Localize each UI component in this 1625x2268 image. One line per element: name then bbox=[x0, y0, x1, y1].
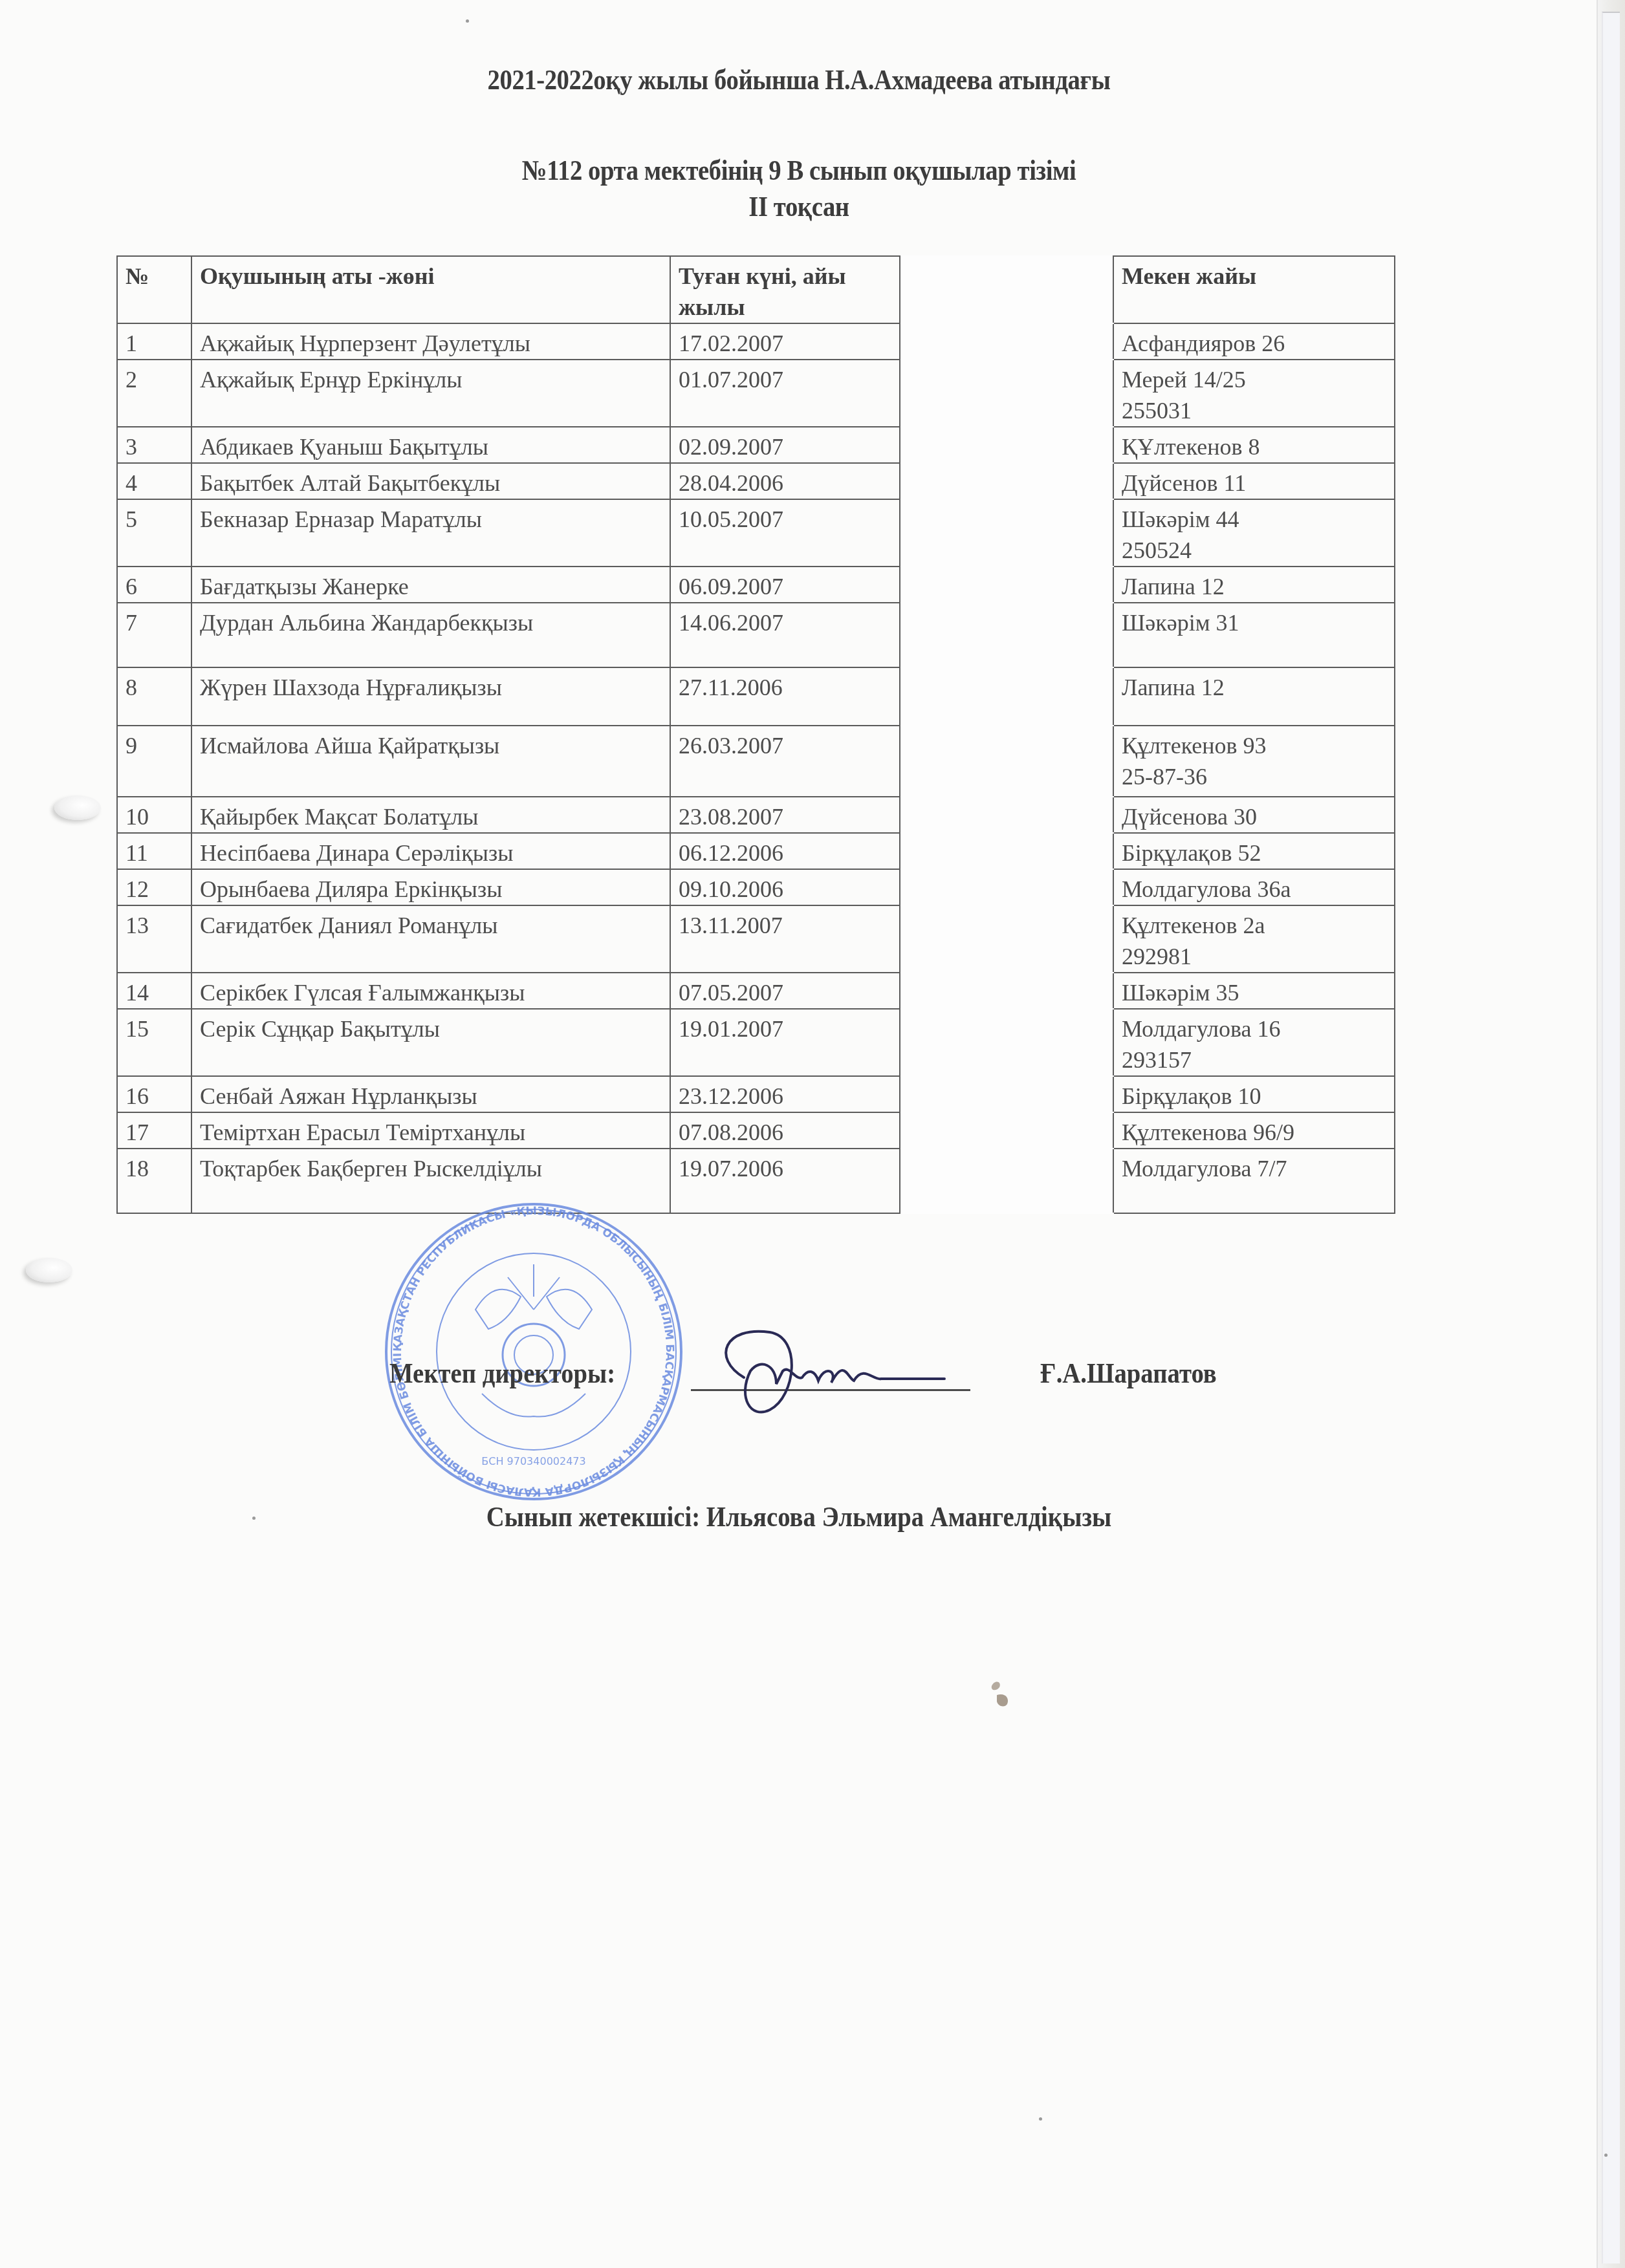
student-name: Қайырбек Мақсат Болатұлы bbox=[191, 797, 670, 833]
row-number: 14 bbox=[117, 973, 191, 1009]
signature-icon bbox=[699, 1319, 970, 1429]
row-number: 11 bbox=[117, 833, 191, 869]
table-row: 3Абдикаев Қуаныш Бақытұлы02.09.2007ҚҰлте… bbox=[117, 427, 1395, 463]
birth-date: 13.11.2007 bbox=[670, 905, 900, 973]
address-line: Құлтекенов 93 bbox=[1122, 730, 1388, 761]
student-name: Теміртхан Ерасыл Теміртханұлы bbox=[191, 1112, 670, 1149]
birth-date: 28.04.2006 bbox=[670, 463, 900, 499]
address-line: Шәкәрім 44 bbox=[1122, 504, 1388, 535]
table-row: 17Теміртхан Ерасыл Теміртханұлы07.08.200… bbox=[117, 1112, 1395, 1149]
address-line: Шәкәрім 35 bbox=[1122, 977, 1388, 1008]
birth-date: 26.03.2007 bbox=[670, 726, 900, 797]
row-number: 12 bbox=[117, 869, 191, 905]
address: Мерей 14/25255031 bbox=[1113, 360, 1395, 427]
row-number: 9 bbox=[117, 726, 191, 797]
redacted-cell bbox=[900, 905, 1113, 973]
header-number: № bbox=[117, 256, 191, 323]
address: Шәкәрім 35 bbox=[1113, 973, 1395, 1009]
table-row: 12Орынбаева Диляра Еркінқызы09.10.2006Мо… bbox=[117, 869, 1395, 905]
table-row: 7Дурдан Альбина Жандарбекқызы14.06.2007Ш… bbox=[117, 603, 1395, 667]
table-header-row: № Оқушының аты -жөні Туған күні, айы жыл… bbox=[117, 256, 1395, 323]
address: Молдагулова 36а bbox=[1113, 869, 1395, 905]
birth-date: 23.08.2007 bbox=[670, 797, 900, 833]
redacted-cell bbox=[900, 726, 1113, 797]
row-number: 13 bbox=[117, 905, 191, 973]
address-line: 255031 bbox=[1122, 395, 1388, 426]
header-address: Мекен жайы bbox=[1113, 256, 1395, 323]
address: Молдагулова 7/7 bbox=[1113, 1149, 1395, 1213]
redacted-cell bbox=[900, 1149, 1113, 1213]
row-number: 3 bbox=[117, 427, 191, 463]
address-line: 293157 bbox=[1122, 1044, 1388, 1075]
redacted-cell bbox=[900, 797, 1113, 833]
class-teacher: Сынып жетекшісі: Ильясова Эльмира Аманге… bbox=[96, 1500, 1502, 1533]
row-number: 15 bbox=[117, 1009, 191, 1076]
table-row: 18Тоқтарбек Бақберген Рыскелдіұлы19.07.2… bbox=[117, 1149, 1395, 1213]
row-number: 5 bbox=[117, 499, 191, 567]
address-line: Дүйсенов 11 bbox=[1122, 468, 1388, 499]
student-name: Ақжайық Нұрперзент Дәулетұлы bbox=[191, 323, 670, 360]
student-name: Абдикаев Қуаныш Бақытұлы bbox=[191, 427, 670, 463]
address-line: Құлтекенов 2а bbox=[1122, 910, 1388, 941]
row-number: 16 bbox=[117, 1076, 191, 1112]
table-row: 10Қайырбек Мақсат Болатұлы23.08.2007Дүйс… bbox=[117, 797, 1395, 833]
header-name: Оқушының аты -жөні bbox=[191, 256, 670, 323]
redacted-cell bbox=[900, 463, 1113, 499]
address: Лапина 12 bbox=[1113, 567, 1395, 603]
director-name: Ғ.А.Шарапатов bbox=[1040, 1357, 1217, 1390]
address-line: Молдагулова 7/7 bbox=[1122, 1153, 1388, 1184]
address-line: Бірқұлақов 10 bbox=[1122, 1081, 1388, 1112]
table-row: 8Жүрен Шахзода Нұрғалиқызы27.11.2006Лапи… bbox=[117, 667, 1395, 726]
student-name: Несіпбаева Динара Серәліқызы bbox=[191, 833, 670, 869]
row-number: 2 bbox=[117, 360, 191, 427]
address: Шәкәрім 44250524 bbox=[1113, 499, 1395, 567]
student-name: Дурдан Альбина Жандарбекқызы bbox=[191, 603, 670, 667]
birth-date: 14.06.2007 bbox=[670, 603, 900, 667]
student-name: Бақытбек Алтай Бақытбекұлы bbox=[191, 463, 670, 499]
scan-speck bbox=[252, 1517, 256, 1520]
address: Бірқұлақов 52 bbox=[1113, 833, 1395, 869]
address: Лапина 12 bbox=[1113, 667, 1395, 726]
director-label: Мектеп директоры: bbox=[389, 1357, 615, 1390]
address: Дүйсенова 30 bbox=[1113, 797, 1395, 833]
address: Құлтекенов 9325-87-36 bbox=[1113, 726, 1395, 797]
address-line: 292981 bbox=[1122, 941, 1388, 972]
address-line: Құлтекенова 96/9 bbox=[1122, 1117, 1388, 1148]
table-row: 1Ақжайық Нұрперзент Дәулетұлы17.02.2007А… bbox=[117, 323, 1395, 360]
header-redacted-column bbox=[900, 256, 1113, 323]
paper-stain-icon bbox=[987, 1678, 1012, 1717]
official-stamp-icon: ҚАЗАҚСТАН РЕСПУБЛИКАСЫ «ҚЫЗЫЛОРДА ОБЛЫСЫ… bbox=[378, 1200, 689, 1504]
birth-date: 17.02.2007 bbox=[670, 323, 900, 360]
redacted-cell bbox=[900, 603, 1113, 667]
address-line: Бірқұлақов 52 bbox=[1122, 837, 1388, 869]
address: Шәкәрім 31 bbox=[1113, 603, 1395, 667]
row-number: 8 bbox=[117, 667, 191, 726]
row-number: 17 bbox=[117, 1112, 191, 1149]
student-name: Серік Сұңқар Бақытұлы bbox=[191, 1009, 670, 1076]
row-number: 10 bbox=[117, 797, 191, 833]
address-line: ҚҰлтекенов 8 bbox=[1122, 431, 1388, 462]
table-row: 6Бағдатқызы Жанерке06.09.2007Лапина 12 bbox=[117, 567, 1395, 603]
svg-text:БСН 970340002473: БСН 970340002473 bbox=[481, 1455, 585, 1467]
redacted-cell bbox=[900, 427, 1113, 463]
student-name: Бағдатқызы Жанерке bbox=[191, 567, 670, 603]
student-roster-table: № Оқушының аты -жөні Туған күні, айы жыл… bbox=[116, 255, 1395, 1214]
address-line: 250524 bbox=[1122, 535, 1388, 566]
redacted-cell bbox=[900, 1009, 1113, 1076]
address-line: 25-87-36 bbox=[1122, 761, 1388, 792]
header-birth-date: Туған күні, айы жылы bbox=[670, 256, 900, 323]
address-line: Шәкәрім 31 bbox=[1122, 607, 1388, 638]
birth-date: 07.08.2006 bbox=[670, 1112, 900, 1149]
scan-speck bbox=[1039, 2117, 1042, 2121]
scan-speck bbox=[466, 19, 469, 23]
redacted-cell bbox=[900, 499, 1113, 567]
address-line: Дүйсенова 30 bbox=[1122, 801, 1388, 832]
binder-hole bbox=[26, 1258, 72, 1282]
address: ҚҰлтекенов 8 bbox=[1113, 427, 1395, 463]
student-name: Сағидатбек Даниял Романұлы bbox=[191, 905, 670, 973]
svg-text:ҚАЗАҚСТАН РЕСПУБЛИКАСЫ «ҚЫЗЫЛО: ҚАЗАҚСТАН РЕСПУБЛИКАСЫ «ҚЫЗЫЛОРДА ОБЛЫСЫ… bbox=[378, 1200, 676, 1498]
row-number: 4 bbox=[117, 463, 191, 499]
redacted-cell bbox=[900, 323, 1113, 360]
address-line: Лапина 12 bbox=[1122, 571, 1388, 602]
document-term: ІІ тоқсан bbox=[96, 190, 1502, 223]
birth-date: 27.11.2006 bbox=[670, 667, 900, 726]
redacted-cell bbox=[900, 1076, 1113, 1112]
table-row: 13Сағидатбек Даниял Романұлы13.11.2007Құ… bbox=[117, 905, 1395, 973]
student-name: Орынбаева Диляра Еркінқызы bbox=[191, 869, 670, 905]
table-row: 4Бақытбек Алтай Бақытбекұлы28.04.2006Дүй… bbox=[117, 463, 1395, 499]
birth-date: 10.05.2007 bbox=[670, 499, 900, 567]
table-row: 16Сенбай Аяжан Нұрланқызы23.12.2006Бірқұ… bbox=[117, 1076, 1395, 1112]
address: Молдагулова 16293157 bbox=[1113, 1009, 1395, 1076]
student-name: Сенбай Аяжан Нұрланқызы bbox=[191, 1076, 670, 1112]
table-row: 14Серікбек Гүлсая Ғалымжанқызы07.05.2007… bbox=[117, 973, 1395, 1009]
row-number: 1 bbox=[117, 323, 191, 360]
student-name: Серікбек Гүлсая Ғалымжанқызы bbox=[191, 973, 670, 1009]
row-number: 7 bbox=[117, 603, 191, 667]
birth-date: 09.10.2006 bbox=[670, 869, 900, 905]
address-line: Молдагулова 16 bbox=[1122, 1013, 1388, 1044]
birth-date: 06.12.2006 bbox=[670, 833, 900, 869]
address: Дүйсенов 11 bbox=[1113, 463, 1395, 499]
birth-date: 23.12.2006 bbox=[670, 1076, 900, 1112]
table-row: 5Бекназар Ерназар Маратұлы10.05.2007Шәкә… bbox=[117, 499, 1395, 567]
scan-speck bbox=[1604, 2154, 1608, 2157]
birth-date: 01.07.2007 bbox=[670, 360, 900, 427]
birth-date: 07.05.2007 bbox=[670, 973, 900, 1009]
birth-date: 02.09.2007 bbox=[670, 427, 900, 463]
table-row: 9Исмайлова Айша Қайратқызы26.03.2007Құлт… bbox=[117, 726, 1395, 797]
address-line: Молдагулова 36а bbox=[1122, 874, 1388, 905]
address-line: Лапина 12 bbox=[1122, 672, 1388, 703]
student-name: Исмайлова Айша Қайратқызы bbox=[191, 726, 670, 797]
address: Асфандияров 26 bbox=[1113, 323, 1395, 360]
table-row: 15Серік Сұңқар Бақытұлы19.01.2007Молдагу… bbox=[117, 1009, 1395, 1076]
address: Бірқұлақов 10 bbox=[1113, 1076, 1395, 1112]
redacted-cell bbox=[900, 1112, 1113, 1149]
table-row: 11Несіпбаева Динара Серәліқызы06.12.2006… bbox=[117, 833, 1395, 869]
table-body: 1Ақжайық Нұрперзент Дәулетұлы17.02.2007А… bbox=[117, 323, 1395, 1213]
address: Құлтекенова 96/9 bbox=[1113, 1112, 1395, 1149]
document-title-line-2: №112 орта мектебінің 9 В сынып оқушылар … bbox=[96, 154, 1502, 187]
redacted-cell bbox=[900, 567, 1113, 603]
birth-date: 19.07.2006 bbox=[670, 1149, 900, 1213]
student-name: Бекназар Ерназар Маратұлы bbox=[191, 499, 670, 567]
row-number: 18 bbox=[117, 1149, 191, 1213]
redacted-cell bbox=[900, 360, 1113, 427]
table-row: 2Ақжайық Ернұр Еркінұлы01.07.2007Мерей 1… bbox=[117, 360, 1395, 427]
student-name: Жүрен Шахзода Нұрғалиқызы bbox=[191, 667, 670, 726]
birth-date: 19.01.2007 bbox=[670, 1009, 900, 1076]
binder-hole bbox=[54, 795, 101, 820]
document-title-line-1: 2021-2022оқу жылы бойынша Н.А.Ахмадеева … bbox=[96, 63, 1502, 96]
redacted-cell bbox=[900, 973, 1113, 1009]
address: Құлтекенов 2а292981 bbox=[1113, 905, 1395, 973]
redacted-cell bbox=[900, 667, 1113, 726]
redacted-cell bbox=[900, 833, 1113, 869]
birth-date: 06.09.2007 bbox=[670, 567, 900, 603]
student-name: Ақжайық Ернұр Еркінұлы bbox=[191, 360, 670, 427]
scanner-page-edge bbox=[1597, 0, 1625, 2268]
row-number: 6 bbox=[117, 567, 191, 603]
address-line: Асфандияров 26 bbox=[1122, 328, 1388, 359]
redacted-cell bbox=[900, 869, 1113, 905]
address-line: Мерей 14/25 bbox=[1122, 364, 1388, 395]
